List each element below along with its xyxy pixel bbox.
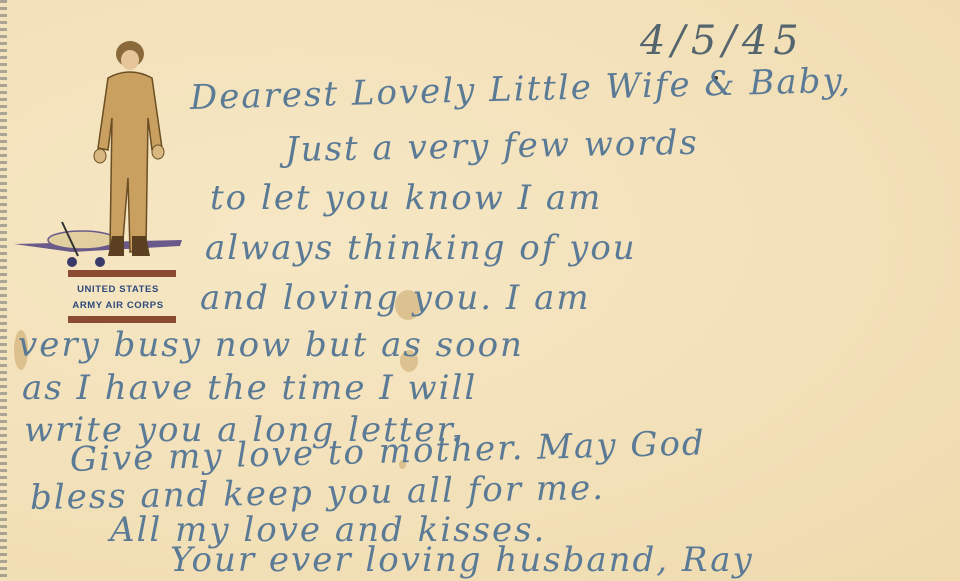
perforated-edge [0, 0, 7, 581]
emblem-bar-bottom [68, 316, 176, 323]
body-line-4: and loving you. I am [200, 278, 591, 318]
body-line-1: Just a very few words [285, 123, 699, 170]
emblem-bar-top [68, 270, 176, 277]
airman-and-airplane-icon [12, 38, 192, 278]
body-line-3: always thinking of you [205, 228, 637, 268]
body-line-6: as I have the time I will [22, 368, 477, 408]
date: 4/5/45 [640, 18, 805, 64]
closing: Your ever loving husband, Ray [170, 540, 754, 580]
emblem-line-2: ARMY AIR CORPS [56, 300, 180, 311]
army-air-corps-emblem: UNITED STATES ARMY AIR CORPS [12, 38, 192, 328]
postcard: UNITED STATES ARMY AIR CORPS 4/5/45 Dear… [0, 0, 960, 581]
body-line-2: to let you know I am [210, 178, 602, 218]
salutation: Dearest Lovely Little Wife & Baby, [189, 61, 852, 118]
body-line-5: very busy now but as soon [18, 325, 524, 365]
emblem-line-1: UNITED STATES [56, 284, 180, 295]
